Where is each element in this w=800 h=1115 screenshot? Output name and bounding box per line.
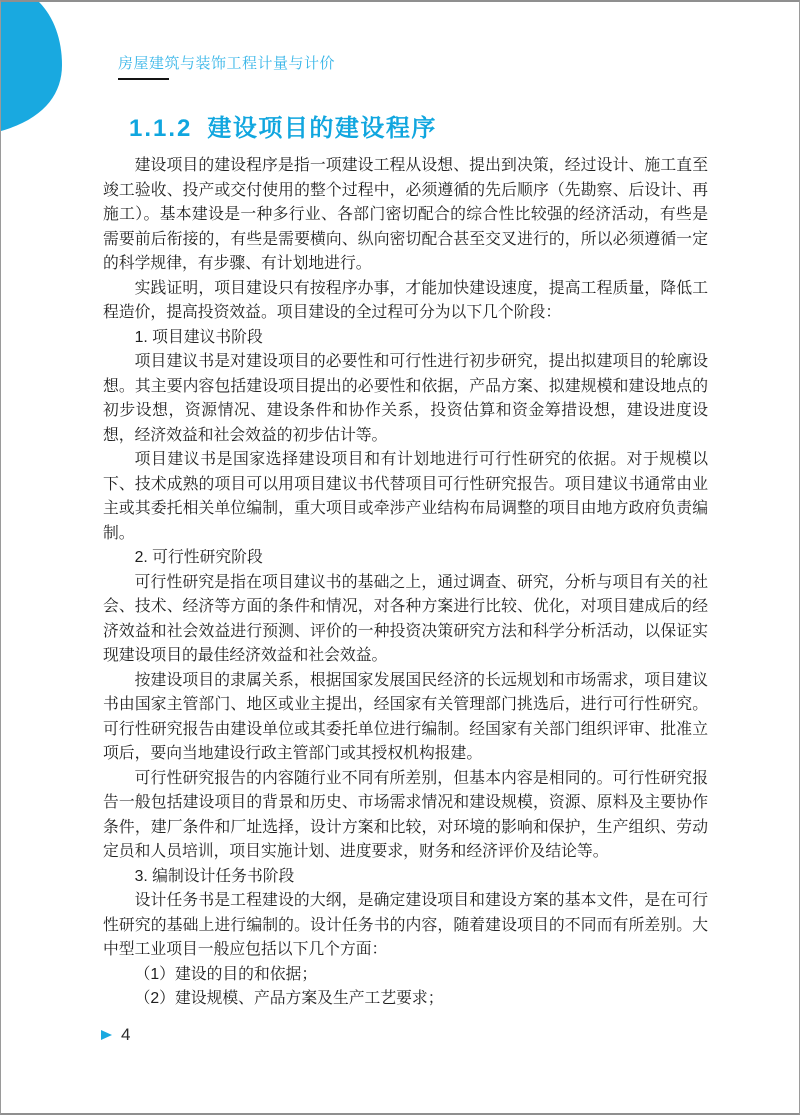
- stage-item: 1. 项目建议书阶段: [103, 326, 708, 351]
- section-number: 1.1.2: [129, 115, 192, 143]
- paragraph: 按建设项目的隶属关系，根据国家发展国民经济的长远规划和市场需求，项目建议书由国家…: [103, 669, 708, 767]
- stage-item: 2. 可行性研究阶段: [103, 546, 708, 571]
- stage-item: 3. 编制设计任务书阶段: [103, 865, 708, 890]
- list-item: （2）建设规模、产品方案及生产工艺要求；: [103, 987, 708, 1012]
- section-heading: 1.1.2 建设项目的建设程序: [129, 108, 437, 143]
- page-footer: 4: [101, 1025, 130, 1045]
- paragraph: 建设项目的建设程序是指一项建设工程从设想、提出到决策，经过设计、施工直至竣工验收…: [103, 154, 708, 277]
- page-number: 4: [121, 1025, 130, 1045]
- paragraph: 可行性研究报告的内容随行业不同有所差别，但基本内容是相同的。可行性研究报告一般包…: [103, 767, 708, 865]
- triangle-right-icon: [101, 1030, 112, 1040]
- book-page: 房屋建筑与装饰工程计量与计价 1.1.2 建设项目的建设程序 建设项目的建设程序…: [0, 0, 800, 1115]
- paragraph: 可行性研究是指在项目建议书的基础之上，通过调查、研究，分析与项目有关的社会、技术…: [103, 571, 708, 669]
- running-head-underline: [118, 78, 169, 80]
- running-head-title: 房屋建筑与装饰工程计量与计价: [118, 52, 335, 73]
- paragraph: 项目建议书是国家选择建设项目和有计划地进行可行性研究的依据。对于规模以下、技术成…: [103, 448, 708, 546]
- corner-blob-decoration: [1, 2, 71, 137]
- body-text: 建设项目的建设程序是指一项建设工程从设想、提出到决策，经过设计、施工直至竣工验收…: [103, 154, 708, 1012]
- paragraph: 实践证明，项目建设只有按程序办事，才能加快建设速度，提高工程质量，降低工程造价，…: [103, 277, 708, 326]
- paragraph: 设计任务书是工程建设的大纲，是确定建设项目和建设方案的基本文件，是在可行性研究的…: [103, 889, 708, 963]
- paragraph: 项目建议书是对建设项目的必要性和可行性进行初步研究，提出拟建项目的轮廓设想。其主…: [103, 350, 708, 448]
- section-title: 建设项目的建设程序: [207, 108, 437, 143]
- list-item: （1）建设的目的和依据；: [103, 963, 708, 988]
